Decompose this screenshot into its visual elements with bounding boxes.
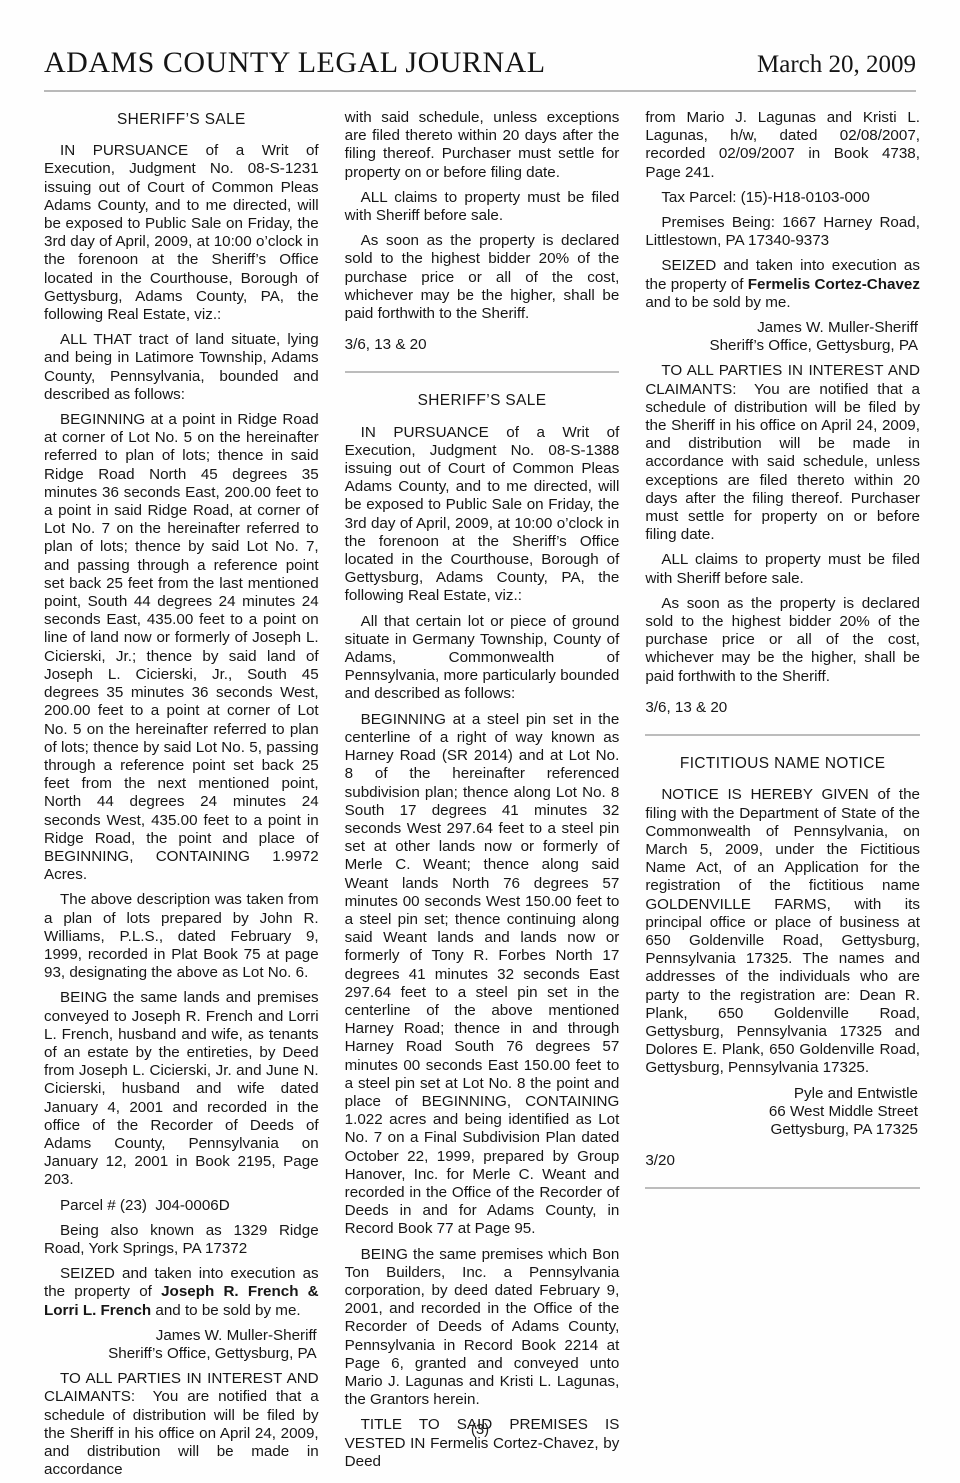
text-run: As soon as the property is declared sold…	[645, 595, 920, 685]
signature-block: James W. Muller-SheriffSheriff’s Office,…	[645, 319, 918, 355]
paragraph: Premises Being: 1667 Harney Road, Little…	[645, 214, 920, 250]
notice-divider	[645, 1187, 920, 1189]
paragraph: from Mario J. Lagunas and Kristi L. Lagu…	[645, 109, 920, 182]
text-run: and to be sold by me.	[151, 1302, 300, 1319]
text-run: As soon as the property is declared sold…	[345, 232, 620, 322]
issue-date: March 20, 2009	[757, 51, 916, 79]
journal-title: ADAMS COUNTY LEGAL JOURNAL	[44, 46, 546, 80]
column-1: SHERIFF’S SALEIN PURSUANCE of a Writ of …	[44, 109, 319, 1483]
text-run: Premises Being: 1667 Harney Road, Little…	[645, 214, 920, 249]
text-run: BEING the same lands and premises convey…	[44, 989, 319, 1188]
paragraph: The above description was taken from a p…	[44, 891, 319, 982]
paragraph: All that certain lot or piece of ground …	[345, 613, 620, 704]
page-number: (3)	[0, 1421, 960, 1438]
paragraph: IN PURSUANCE of a Writ of Execution, Jud…	[345, 424, 620, 606]
text-run: The above description was taken from a p…	[44, 891, 319, 981]
text-run: ALL claims to property must be filed wit…	[645, 551, 920, 586]
publication-code: 3/20	[645, 1152, 920, 1170]
text-run: IN PURSUANCE of a Writ of Execution, Jud…	[44, 142, 319, 323]
text-run: from Mario J. Lagunas and Kristi L. Lagu…	[645, 109, 920, 181]
signature-line: James W. Muller-Sheriff	[44, 1327, 317, 1345]
notice-heading: SHERIFF’S SALE	[345, 392, 620, 410]
text-run: All that certain lot or piece of ground …	[345, 613, 620, 703]
paragraph: BEGINNING at a point in Ridge Road at co…	[44, 411, 319, 884]
masthead-rule	[44, 90, 916, 92]
signature-block: James W. Muller-SheriffSheriff’s Office,…	[44, 1327, 317, 1363]
signature-line: Gettysburg, PA 17325	[645, 1121, 918, 1139]
paragraph: Being also known as 1329 Ridge Road, Yor…	[44, 1222, 319, 1258]
notice-columns: SHERIFF’S SALEIN PURSUANCE of a Writ of …	[44, 109, 920, 1483]
paragraph: TO ALL PARTIES IN INTEREST AND CLAIMANTS…	[645, 362, 920, 544]
signature-line: Sheriff’s Office, Gettysburg, PA	[44, 1345, 317, 1363]
paragraph: BEING the same lands and premises convey…	[44, 989, 319, 1189]
paragraph: BEING the same premises which Bon Ton Bu…	[345, 1246, 620, 1410]
paragraph: SEIZED and taken into execution as the p…	[44, 1265, 319, 1320]
notice-heading: SHERIFF’S SALE	[44, 111, 319, 129]
paragraph: IN PURSUANCE of a Writ of Execution, Jud…	[44, 142, 319, 324]
notice-divider	[345, 371, 620, 373]
text-run: BEGINNING at a steel pin set in the cent…	[345, 711, 620, 1238]
signature-line: Sheriff’s Office, Gettysburg, PA	[645, 337, 918, 355]
paragraph: BEGINNING at a steel pin set in the cent…	[345, 711, 620, 1239]
signature-line: 66 West Middle Street	[645, 1103, 918, 1121]
paragraph: SEIZED and taken into execution as the p…	[645, 257, 920, 312]
text-run: BEGINNING at a point in Ridge Road at co…	[44, 411, 319, 883]
notice-heading: FICTITIOUS NAME NOTICE	[645, 755, 920, 773]
masthead: ADAMS COUNTY LEGAL JOURNAL March 20, 200…	[0, 0, 960, 80]
text-run: TO ALL PARTIES IN INTEREST AND CLAIMANTS…	[645, 362, 920, 543]
text-run: with said schedule, unless exceptions ar…	[345, 109, 620, 181]
signature-block: Pyle and Entwistle66 West Middle StreetG…	[645, 1085, 918, 1140]
paragraph: ALL claims to property must be filed wit…	[345, 189, 620, 225]
column-2: with said schedule, unless exceptions ar…	[345, 109, 620, 1483]
publication-code: 3/6, 13 & 20	[345, 336, 620, 354]
signature-line: James W. Muller-Sheriff	[645, 319, 918, 337]
paragraph: NOTICE IS HEREBY GIVEN of the filing wit…	[645, 786, 920, 1077]
paragraph: ALL THAT tract of land situate, lying an…	[44, 331, 319, 404]
signature-line: Pyle and Entwistle	[645, 1085, 918, 1103]
text-run: Tax Parcel: (15)-H18-0103-000	[661, 189, 870, 206]
text-run: ALL claims to property must be filed wit…	[345, 189, 620, 224]
paragraph: As soon as the property is declared sold…	[345, 232, 620, 323]
paragraph: Tax Parcel: (15)-H18-0103-000	[645, 189, 920, 207]
text-run: BEING the same premises which Bon Ton Bu…	[345, 1246, 620, 1409]
page: ADAMS COUNTY LEGAL JOURNAL March 20, 200…	[0, 0, 960, 1483]
paragraph: As soon as the property is declared sold…	[645, 595, 920, 686]
column-3: from Mario J. Lagunas and Kristi L. Lagu…	[645, 109, 920, 1483]
text-run: NOTICE IS HEREBY GIVEN of the filing wit…	[645, 786, 920, 1076]
text-run: IN PURSUANCE of a Writ of Execution, Jud…	[345, 424, 620, 605]
publication-code: 3/6, 13 & 20	[645, 699, 920, 717]
text-run: and to be sold by me.	[645, 294, 790, 311]
paragraph: ALL claims to property must be filed wit…	[645, 551, 920, 587]
paragraph: Parcel # (23) J04-0006D	[44, 1197, 319, 1215]
text-run: ALL THAT tract of land situate, lying an…	[44, 331, 319, 403]
text-run: Parcel # (23) J04-0006D	[60, 1197, 230, 1214]
text-run: Being also known as 1329 Ridge Road, Yor…	[44, 1222, 319, 1257]
notice-divider	[645, 734, 920, 736]
bold-text: Fermelis Cortez-Chavez	[748, 276, 920, 293]
paragraph: with said schedule, unless exceptions ar…	[345, 109, 620, 182]
